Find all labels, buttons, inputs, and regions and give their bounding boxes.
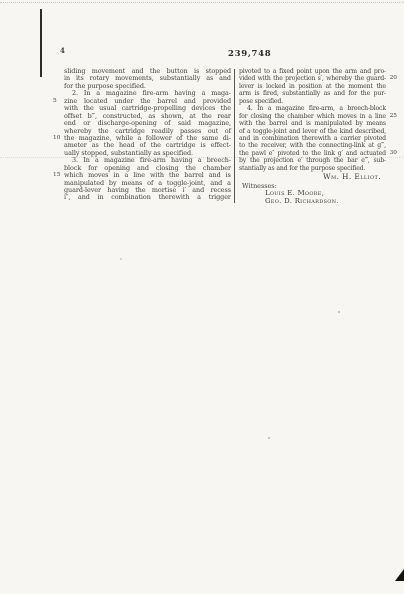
text-line: armisfired,substantiallyasandforthepur-: [239, 90, 386, 97]
line-number: 10: [53, 135, 60, 142]
text-line: ofatoggle-jointandleverofthekinddescribe…: [239, 128, 386, 135]
text-line: leverislockedinpositionatthemomentthe: [239, 83, 386, 90]
text-column-right: pivotedtoafixedpointuponthearmandpro-vid…: [239, 68, 386, 206]
scan-speck: [268, 437, 270, 439]
text-line: thepawle″pivotedtothelinkg′andactuated30: [239, 150, 386, 157]
text-line: forclosingthechamberwhichmovesinaline25: [239, 113, 386, 120]
text-line: 4.Inamagazinefire-arm,abreech-block: [239, 105, 386, 112]
text-line: pose specified.: [239, 98, 386, 105]
scan-fold-line: [40, 9, 42, 77]
line-number: 15: [53, 172, 60, 179]
text-line: stantially as and for the purpose specif…: [239, 165, 386, 172]
text-column-left: slidingmovementandthebuttonisstoppedinit…: [64, 68, 231, 202]
text-line: pivotedtoafixedpointuponthearmandpro-: [239, 68, 386, 75]
scan-corner-mark: [395, 569, 404, 581]
text-line: videdwiththeprojections′,wherebytheguard…: [239, 75, 386, 82]
text-line: bytheprojectione′throughthebare‴,sub-: [239, 157, 386, 164]
scan-edge-line: [0, 2, 404, 3]
text-line: i″,andincombinationtherewithatrigger: [64, 194, 231, 201]
scan-speck: [120, 258, 122, 260]
patent-page-scan: 4 239,748 slidingmovementandthebuttoniss…: [0, 0, 404, 594]
text-line: withthebarrelandismanipulatedbymeans: [239, 120, 386, 127]
column-divider-rule: [234, 69, 235, 203]
inventor-signature: Wm. H. Elliot.: [239, 173, 386, 181]
line-number: 5: [53, 98, 57, 105]
witness-name: Geo. D. Richardson.: [239, 198, 386, 206]
line-number: 20: [390, 75, 397, 82]
text-line: themagazine,whileafollowerofthesamedi-10: [64, 135, 231, 142]
text-line: tothereceiver,withtheconnecting-linkatg‴…: [239, 142, 386, 149]
line-number: 25: [390, 113, 397, 120]
line-number: 30: [390, 150, 397, 157]
text-line: andincombinationtherewithacarrierpivoted: [239, 135, 386, 142]
scan-speck: [338, 311, 340, 313]
patent-number: 239,748: [228, 49, 271, 59]
page-number: 4: [60, 46, 65, 55]
